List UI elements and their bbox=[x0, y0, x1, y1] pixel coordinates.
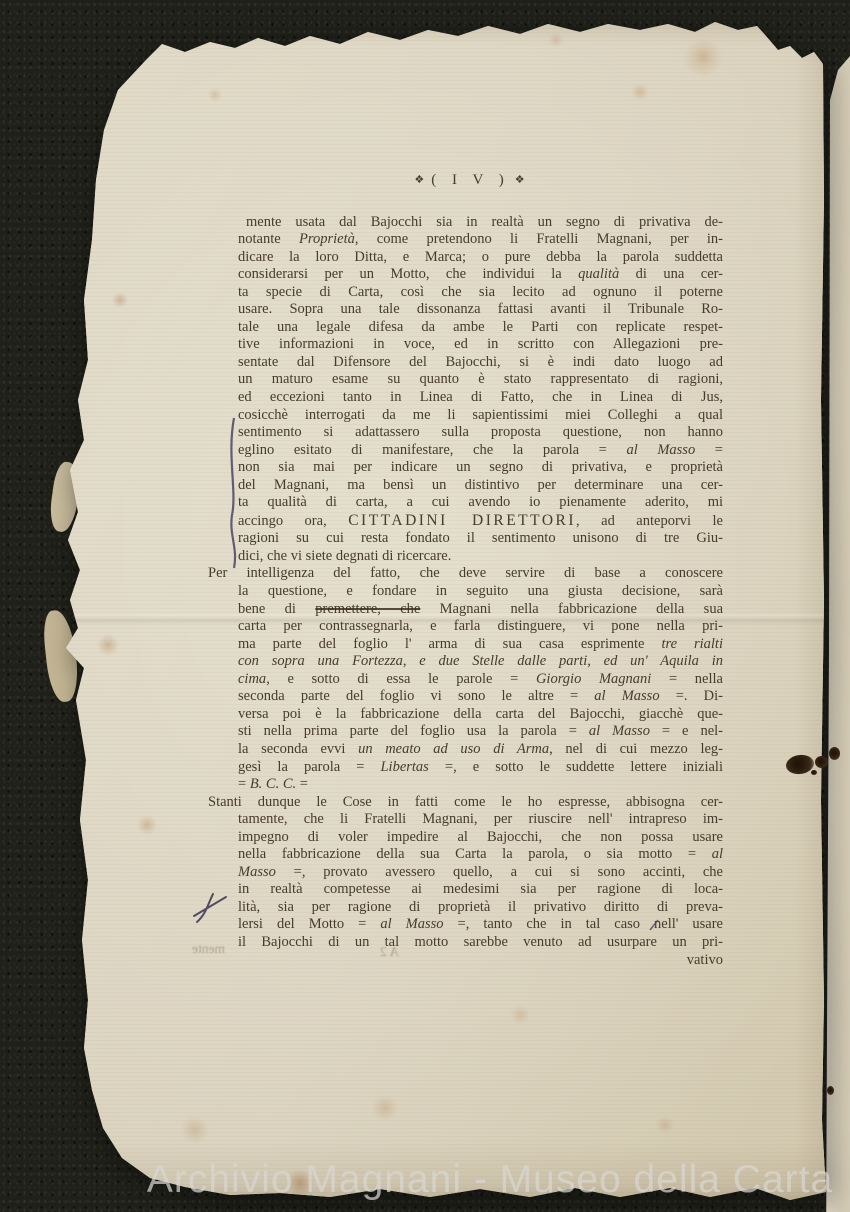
ink-blot bbox=[811, 770, 817, 775]
text-line: versa poi è la fabbricazione della carta… bbox=[238, 706, 723, 724]
text-line: impegno di voler impedire al Bajocchi, c… bbox=[238, 829, 723, 847]
show-through-text: A 2 bbox=[380, 944, 399, 960]
text-line: dici, che vi siete degnati di ricercare. bbox=[238, 548, 723, 566]
text-line: ma parte del foglio l' arma di sua casa … bbox=[238, 636, 723, 654]
text-line: sentate dal Difensore del Bajocchi, si è… bbox=[238, 354, 723, 372]
text-line: carta per contrassegnarla, e farla disti… bbox=[238, 618, 723, 636]
text-line: tale una legale difesa da ambe le Parti … bbox=[238, 319, 723, 337]
catchword: vativo bbox=[238, 952, 723, 970]
watermark-caption: Archivio Magnani - Museo della Carta bbox=[120, 1158, 850, 1202]
text-line: considerarsi per un Motto, che individui… bbox=[238, 266, 723, 284]
text-line: tamente, che li Fratelli Magnani, per ri… bbox=[238, 811, 723, 829]
text-line: mente usata dal Bajocchi sia in realtà u… bbox=[238, 214, 723, 232]
text-line: del Magnani, ma bensì un distintivo per … bbox=[238, 477, 723, 495]
text-line: ragioni su cui resta fondato il sentimen… bbox=[238, 530, 723, 548]
text-line: ta qualità di carta, a cui avendo io pie… bbox=[238, 494, 723, 512]
paragraphs: mente usata dal Bajocchi sia in realtà u… bbox=[206, 214, 723, 952]
text-line: notante Proprietà, come pretendono li Fr… bbox=[238, 231, 723, 249]
text-line: eglino esitato di manifestare, che la pa… bbox=[238, 442, 723, 460]
text-line: Masso =, provato avessero quello, a cui … bbox=[238, 864, 723, 882]
fleuron-icon: ❖ bbox=[508, 174, 532, 186]
ink-blot bbox=[815, 756, 828, 768]
body-text: ❖( I V )❖ mente usata dal Bajocchi sia i… bbox=[206, 172, 723, 969]
show-through-text: mente bbox=[192, 941, 225, 957]
page-number: ( I V ) bbox=[431, 172, 508, 188]
ink-blot bbox=[827, 1086, 834, 1095]
text-line: non sia mai per indicare un segno di pri… bbox=[238, 459, 723, 477]
text-line: usare. Sopra una tale dissonanza fattasi… bbox=[238, 301, 723, 319]
paragraph: Stanti dunque le Cose in fatti come le h… bbox=[238, 794, 723, 952]
ink-blot bbox=[829, 747, 840, 760]
text-line: Per intelligenza del fatto, che deve ser… bbox=[208, 565, 723, 583]
text-line: bene di premettere, che Magnani nella fa… bbox=[238, 601, 723, 619]
fleuron-icon: ❖ bbox=[407, 174, 431, 186]
text-line: la questione, e fondare in seguito una g… bbox=[238, 583, 723, 601]
text-line: ed eccezioni tanto in Linea di Fatto, ch… bbox=[238, 389, 723, 407]
page-number-header: ❖( I V )❖ bbox=[216, 172, 723, 190]
text-line: seconda parte del foglio vi sono le altr… bbox=[238, 688, 723, 706]
scanned-document-photo: ❖( I V )❖ mente usata dal Bajocchi sia i… bbox=[0, 0, 850, 1212]
text-line: un maturo esame su quanto è stato rappre… bbox=[238, 371, 723, 389]
text-line: con sopra una Fortezza, e due Stelle dal… bbox=[238, 653, 723, 671]
text-line: il Bajocchi di un tal motto sarebbe venu… bbox=[238, 934, 723, 952]
paragraph: mente usata dal Bajocchi sia in realtà u… bbox=[238, 214, 723, 566]
text-line: cosicchè interrogati da me li sapientiss… bbox=[238, 407, 723, 425]
text-line: lersi del Motto = al Masso =, tanto che … bbox=[238, 916, 723, 934]
text-line: sti nella prima parte del foglio usa la … bbox=[238, 723, 723, 741]
text-line: cima, e sotto di essa le parole = Giorgi… bbox=[238, 671, 723, 689]
text-line: in realtà competesse ai medesimi sia per… bbox=[238, 881, 723, 899]
text-line: nella fabbricazione della sua Carta la p… bbox=[238, 846, 723, 864]
text-line: gesì la parola = Libertas =, e sotto le … bbox=[238, 759, 723, 777]
text-line: lità, sia per ragione di proprietà il pr… bbox=[238, 899, 723, 917]
text-line: = B. C. C. = bbox=[238, 776, 723, 794]
text-line: la seconda evvi un meato ad uso di Arma,… bbox=[238, 741, 723, 759]
text-line: ta specie di Carta, così che sia lecito … bbox=[238, 284, 723, 302]
text-line: dicare la loro Ditta, e Marca; o pure de… bbox=[238, 249, 723, 267]
text-line: accingo ora, CITTADINI DIRETTORI, ad ant… bbox=[238, 512, 723, 531]
text-line: sentimento si adattassero sulla proposta… bbox=[238, 424, 723, 442]
text-line: Stanti dunque le Cose in fatti come le h… bbox=[208, 794, 723, 812]
text-line: tive informazioni in voce, ed in scritto… bbox=[238, 336, 723, 354]
paragraph: Per intelligenza del fatto, che deve ser… bbox=[238, 565, 723, 793]
